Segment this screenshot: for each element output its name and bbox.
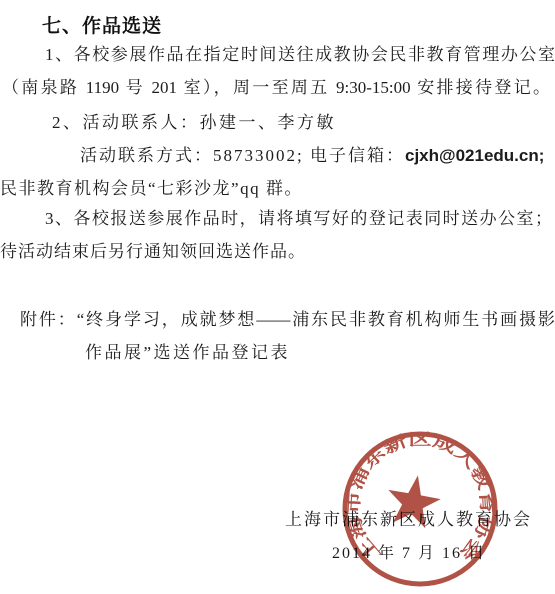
paragraph-3-line-1: 3、各校报送参展作品时，请将填写好的登记表同时送办公室；	[45, 208, 552, 230]
signature-organization: 上海市浦东新区成人教育协会	[285, 509, 532, 531]
contact-method-text: 活动联系方式：58733002; 电子信箱：	[80, 146, 405, 165]
document-page: 七、作品选送 1、各校参展作品在指定时间送往成教协会民非教育管理办公室 （南泉路…	[0, 0, 555, 594]
paragraph-3-line-2: 待活动结束后另行通知领回选送作品。	[0, 241, 306, 263]
attachment-line-1: 附件：“终身学习，成就梦想——浦东民非教育机构师生书画摄影	[20, 309, 555, 331]
section-heading: 七、作品选送	[42, 11, 162, 38]
paragraph-2-line-2: 活动联系方式：58733002; 电子信箱：cjxh@021edu.cn;	[80, 145, 544, 167]
email-address: cjxh@021edu.cn;	[405, 146, 544, 165]
signature-date: 2014 年 7 月 16 日	[332, 543, 486, 565]
paragraph-2-line-3: 民非教育机构会员“七彩沙龙”qq 群。	[0, 178, 303, 200]
paragraph-2-line-1: 2、活动联系人：孙建一、李方敏	[52, 112, 336, 134]
paragraph-1-line-2: （南泉路 1190 号 201 室），周一至周五 9:30-15:00 安排接待…	[2, 77, 550, 99]
paragraph-1-line-1: 1、各校参展作品在指定时间送往成教协会民非教育管理办公室	[45, 44, 555, 66]
attachment-line-2: 作品展”选送作品登记表	[85, 342, 290, 364]
